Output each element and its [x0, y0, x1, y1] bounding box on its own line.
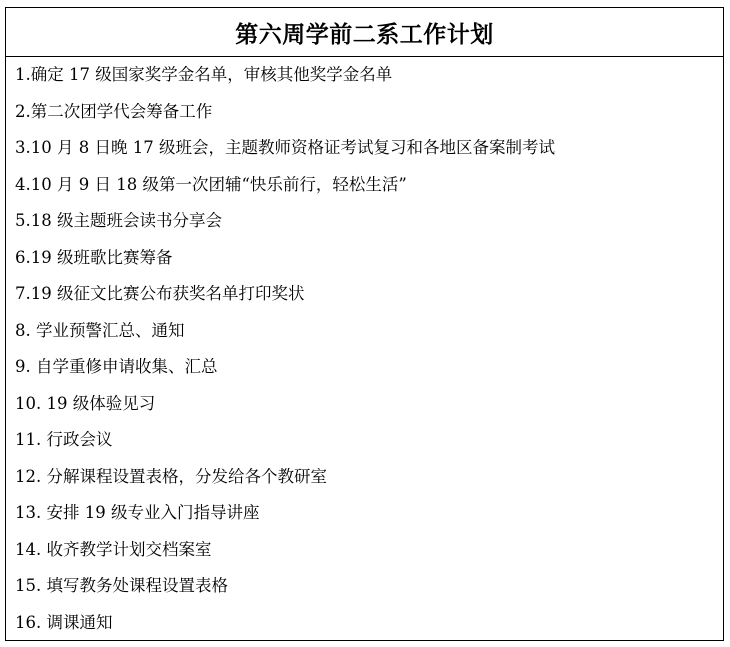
plan-item-list: 1.确定 17 级国家奖学金名单，审核其他奖学金名单 2.第二次团学代会筹备工作… — [6, 57, 723, 644]
plan-item-14: 14. 收齐教学计划交档案室 — [6, 535, 723, 572]
plan-item-10: 10. 19 级体验见习 — [6, 389, 723, 426]
plan-item-8: 8. 学业预警汇总、通知 — [6, 316, 723, 353]
plan-item-7: 7.19 级征文比赛公布获奖名单打印奖状 — [6, 279, 723, 316]
plan-item-16: 16. 调课通知 — [6, 608, 723, 645]
plan-item-6: 6.19 级班歌比赛筹备 — [6, 243, 723, 280]
work-plan-table: 第六周学前二系工作计划 1.确定 17 级国家奖学金名单，审核其他奖学金名单 2… — [5, 7, 724, 641]
plan-item-15: 15. 填写教务处课程设置表格 — [6, 571, 723, 608]
plan-item-9: 9. 自学重修申请收集、汇总 — [6, 352, 723, 389]
plan-item-3: 3.10 月 8 日晚 17 级班会，主题教师资格证考试复习和各地区备案制考试 — [6, 133, 723, 170]
plan-item-11: 11. 行政会议 — [6, 425, 723, 462]
plan-item-4: 4.10 月 9 日 18 级第一次团辅“快乐前行，轻松生活” — [6, 170, 723, 207]
plan-item-5: 5.18 级主题班会读书分享会 — [6, 206, 723, 243]
plan-item-2: 2.第二次团学代会筹备工作 — [6, 97, 723, 134]
plan-item-13: 13. 安排 19 级专业入门指导讲座 — [6, 498, 723, 535]
plan-item-1: 1.确定 17 级国家奖学金名单，审核其他奖学金名单 — [6, 60, 723, 97]
plan-item-12: 12. 分解课程设置表格，分发给各个教研室 — [6, 462, 723, 499]
plan-title: 第六周学前二系工作计划 — [6, 8, 723, 57]
